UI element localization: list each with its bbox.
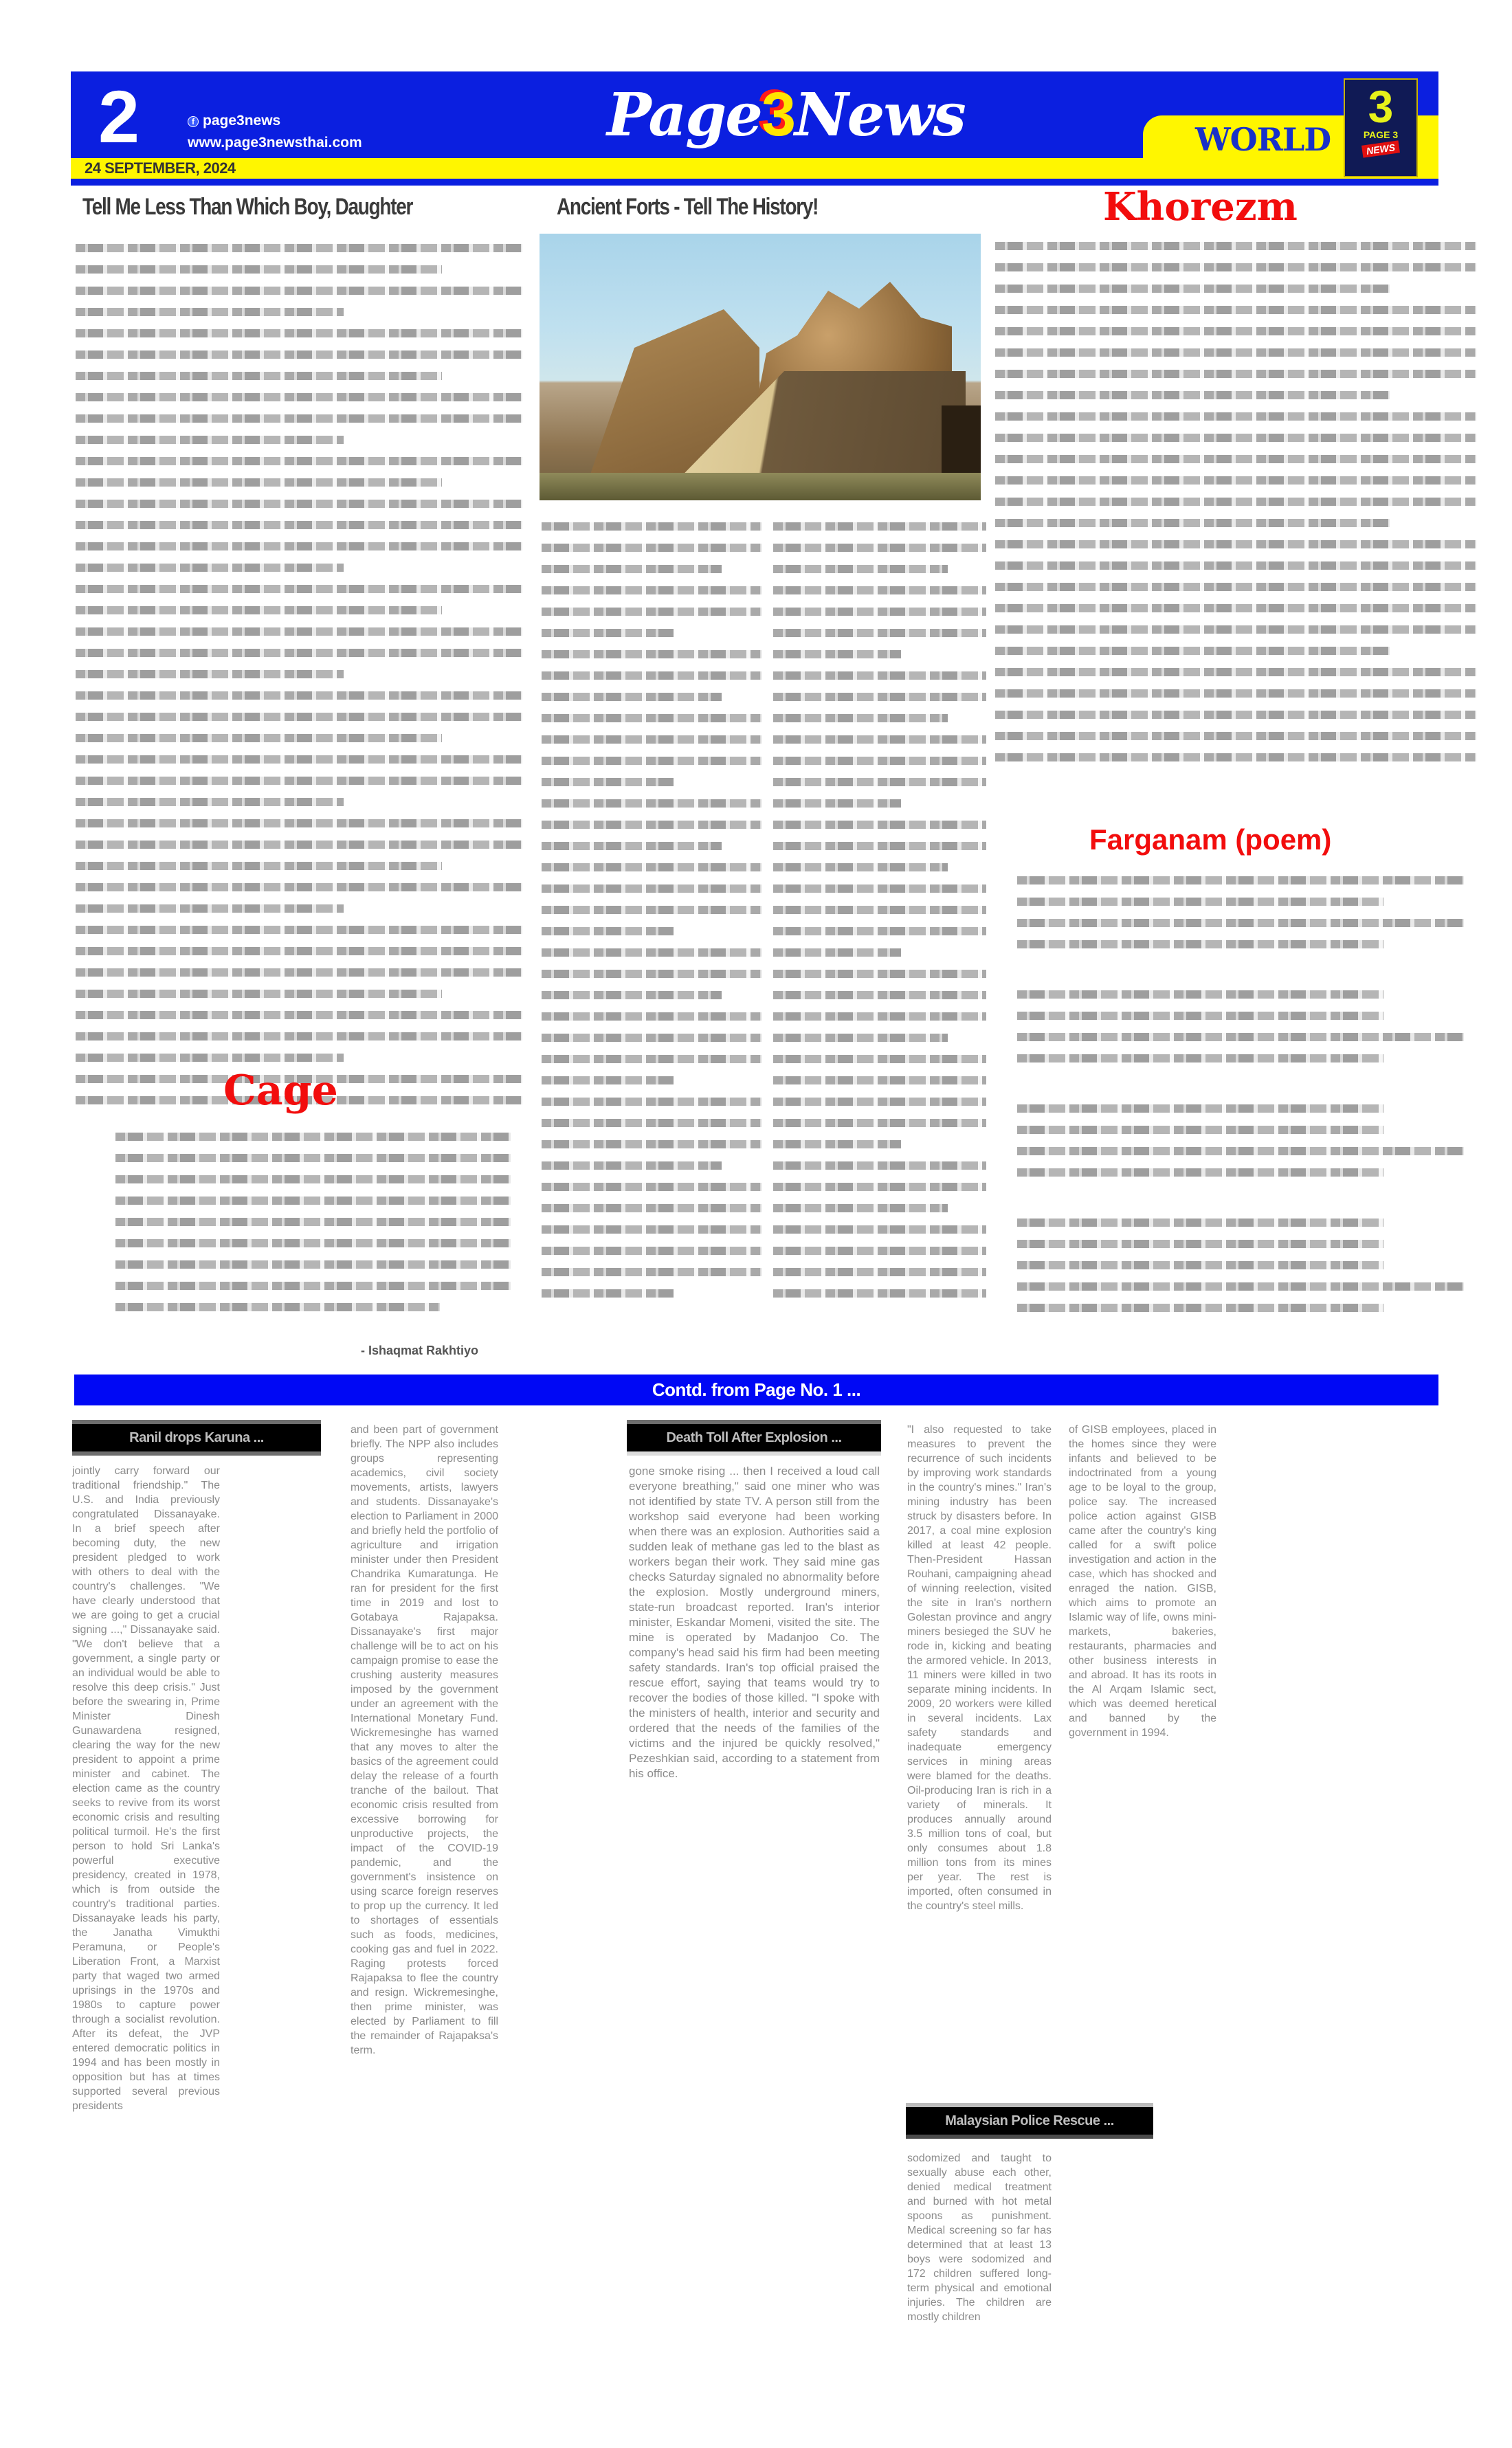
facebook-link[interactable]: fpage3news <box>188 110 362 132</box>
logo-number: 3 <box>1345 84 1416 129</box>
poem-body <box>1017 876 1464 1325</box>
logo-line2: NEWS <box>1361 140 1400 157</box>
story-forts-body <box>542 522 761 1311</box>
issue-date: 24 SEPTEMBER, 2024 <box>85 159 236 177</box>
story-khorezm-body <box>995 242 1476 775</box>
page-number: 2 <box>98 80 140 154</box>
article-explosion-col1: gone smoke rising ... then I received a … <box>629 1464 880 2385</box>
story-left-body <box>76 244 522 1117</box>
facebook-icon: f <box>188 116 199 127</box>
brand-logo: Page3News <box>607 81 965 149</box>
article-ranil-col2: and been part of government briefly. The… <box>351 1423 498 2364</box>
headline-center: Ancient Forts - Tell The History! <box>557 194 818 221</box>
brand-suffix: News <box>794 80 965 150</box>
cage-title: Cage <box>223 1067 338 1115</box>
story-forts-body-col2 <box>773 522 986 1311</box>
article-malaysia-col1: sodomized and taught to sexually abuse e… <box>907 2151 1052 2385</box>
social-links: fpage3news www.page3newsthai.com <box>188 110 362 153</box>
cage-byline: - Ishaqmat Rakhtiyo <box>361 1344 478 1358</box>
article-ranil-col1: jointly carry forward our traditional fr… <box>72 1464 220 2364</box>
article-malaysia-col2: of GISB employees, placed in the homes s… <box>1069 1423 1216 2357</box>
logo-line1: PAGE 3 <box>1345 129 1416 140</box>
headline-khorezm: Khorezm <box>1103 184 1298 230</box>
masthead: 2 fpage3news www.page3newsthai.com 24 SE… <box>71 71 1438 186</box>
website-link[interactable]: www.page3newsthai.com <box>188 132 362 154</box>
article-heading-explosion: Death Toll After Explosion ... <box>627 1420 881 1456</box>
fort-photo <box>540 234 981 500</box>
page3-news-logo-icon: 3 PAGE 3 NEWS <box>1344 78 1418 177</box>
section-label: WORLD <box>1195 121 1331 158</box>
brand-prefix: Page <box>607 80 761 150</box>
brand-number: 3 <box>761 80 794 149</box>
cage-body <box>115 1133 511 1324</box>
article-explosion-col2: "I also requested to take measures to pr… <box>907 1423 1052 2096</box>
facebook-handle: page3news <box>203 113 280 129</box>
poem-title: Farganam (poem) <box>1089 823 1331 856</box>
contd-banner: Contd. from Page No. 1 ... <box>74 1375 1438 1405</box>
headline-left: Tell Me Less Than Which Boy, Daughter <box>82 194 412 221</box>
article-heading-ranil: Ranil drops Karuna ... <box>72 1420 321 1456</box>
